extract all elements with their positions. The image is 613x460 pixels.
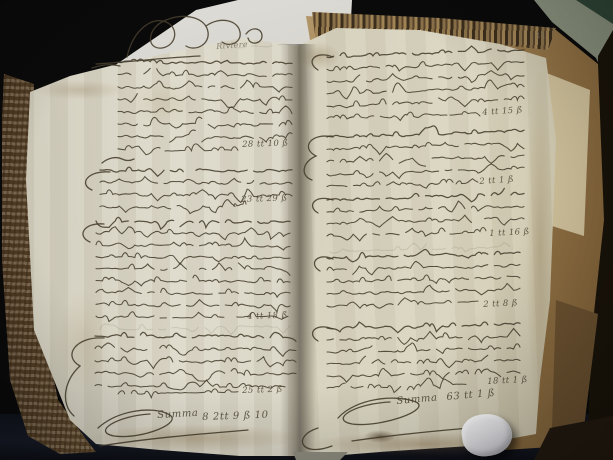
photo-vignette [0, 0, 613, 460]
manuscript-photo: 31 Riviere 28 tt 10 ß 23 tt 29 ß 4 tt 18… [0, 0, 613, 460]
